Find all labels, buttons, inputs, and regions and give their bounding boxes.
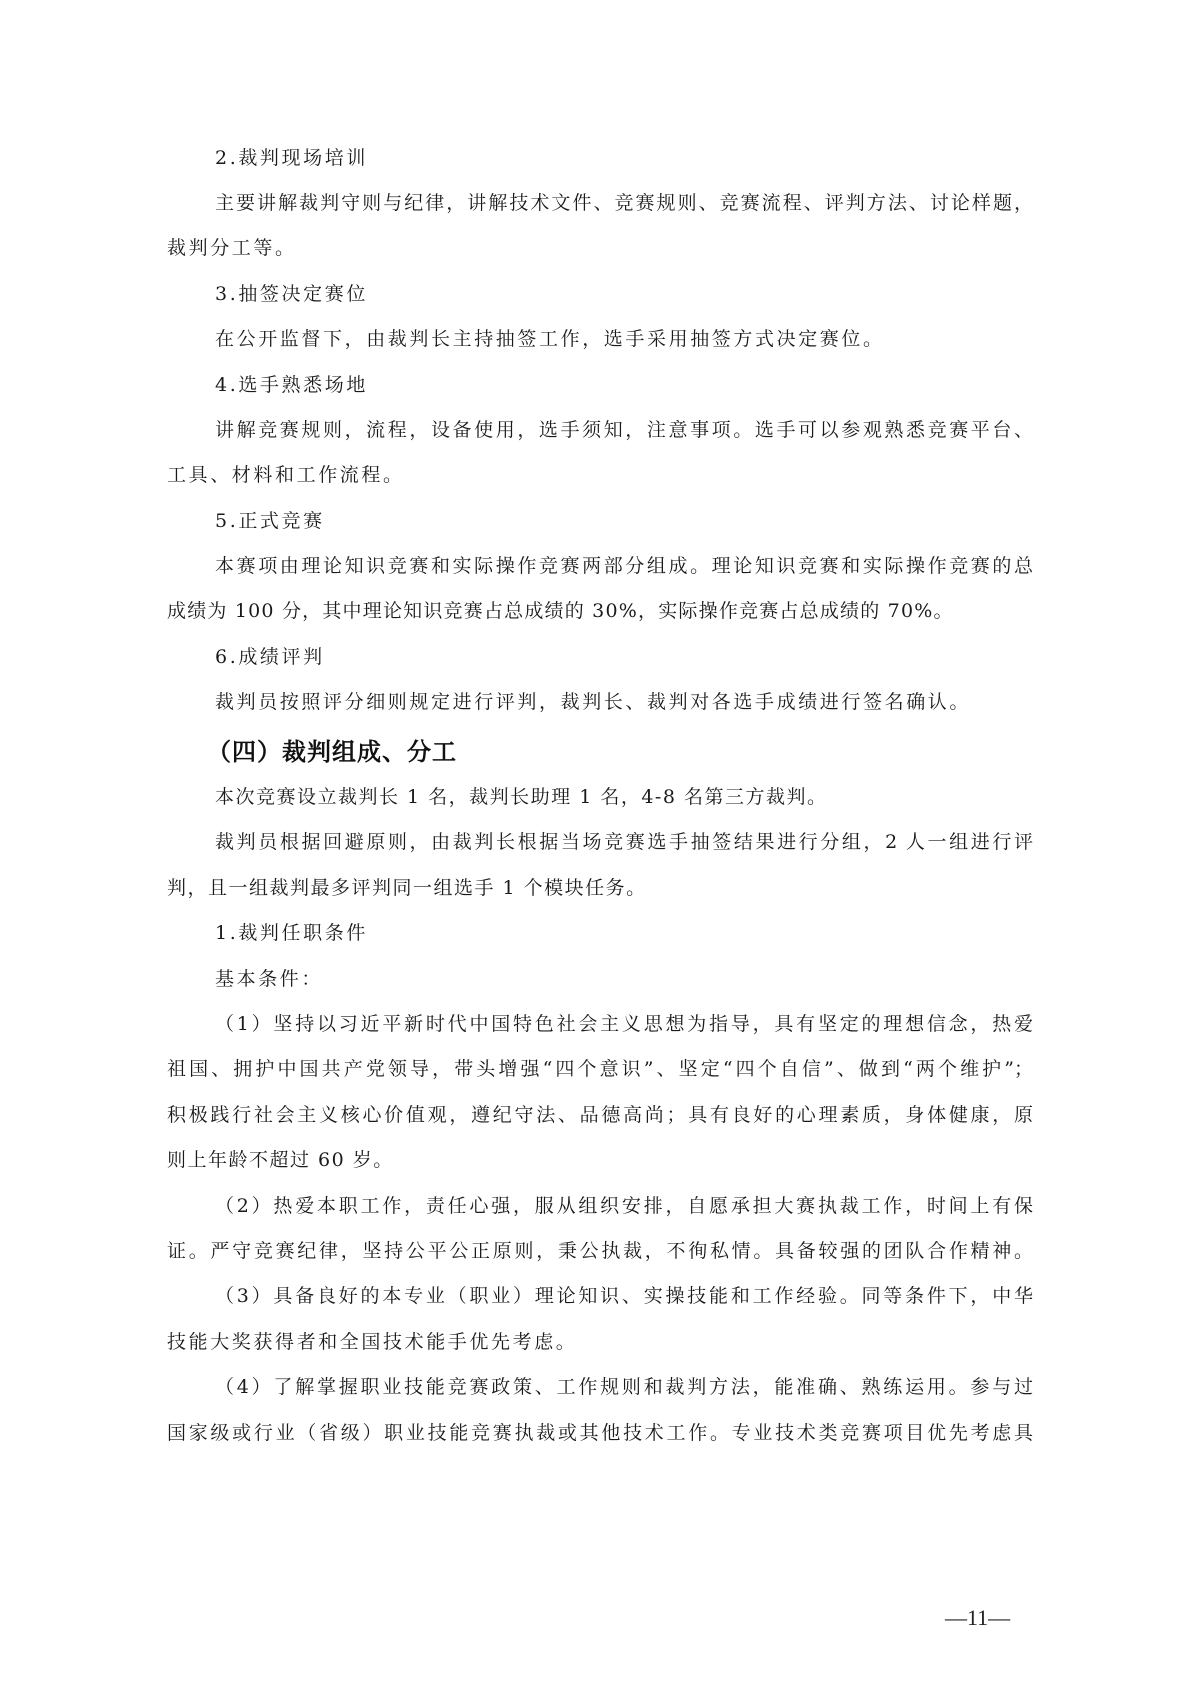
- paragraph-line: 基本条件：: [215, 966, 323, 992]
- subsection-title-onsite-training: 2.裁判现场培训: [215, 145, 368, 171]
- paragraph-line: 主要讲解裁判守则与纪律，讲解技术文件、竞赛规则、竞赛流程、评判方法、讨论样题，: [215, 190, 1033, 216]
- paragraph-line: （1）坚持以习近平新时代中国特色社会主义思想为指导，具有坚定的理想信念，热爱: [215, 1011, 1033, 1037]
- paragraph-line: 祖国、拥护中国共产党领导，带头增强“四个意识”、坚定“四个自信”、做到“两个维护…: [167, 1056, 1033, 1082]
- paragraph-line: 积极践行社会主义核心价值观，遵纪守法、品德高尚；具有良好的心理素质，身体健康，原: [167, 1102, 1033, 1128]
- paragraph-line: 技能大奖获得者和全国技术能手优先考虑。: [167, 1329, 577, 1355]
- paragraph-line: 则上年龄不超过 60 岁。: [167, 1147, 394, 1173]
- subsection-title-score-evaluation: 6.成绩评判: [215, 644, 325, 670]
- paragraph-line: 证。严守竞赛纪律，坚持公平公正原则，秉公执裁，不徇私情。具备较强的团队合作精神。: [167, 1238, 1033, 1264]
- paragraph-line: （2）热爱本职工作，责任心强，服从组织安排，自愿承担大赛执裁工作，时间上有保: [215, 1193, 1033, 1219]
- paragraph-line: （3）具备良好的本专业（职业）理论知识、实操技能和工作经验。同等条件下，中华: [215, 1283, 1033, 1309]
- subsection-title-venue-familiarization: 4.选手熟悉场地: [215, 372, 368, 398]
- section-heading-referee-composition: （四）裁判组成、分工: [207, 737, 457, 767]
- subsection-title-draw-lots: 3.抽签决定赛位: [215, 281, 368, 307]
- paragraph-line: 国家级或行业（省级）职业技能竞赛执裁或其他技术工作。专业技术类竞赛项目优先考虑具: [167, 1420, 1033, 1446]
- paragraph-line: 裁判员按照评分细则规定进行评判，裁判长、裁判对各选手成绩进行签名确认。: [215, 689, 971, 715]
- paragraph-line: 裁判员根据回避原则，由裁判长根据当场竞赛选手抽签结果进行分组，2 人一组进行评: [215, 829, 1033, 855]
- paragraph-line: 工具、材料和工作流程。: [167, 462, 405, 488]
- page-number: —11—: [945, 1604, 1010, 1632]
- paragraph-line: （4）了解掌握职业技能竞赛政策、工作规则和裁判方法，能准确、熟练运用。参与过: [215, 1374, 1033, 1400]
- paragraph-line: 裁判分工等。: [167, 235, 297, 261]
- paragraph-line: 本次竞赛设立裁判长 1 名，裁判长助理 1 名，4-8 名第三方裁判。: [215, 784, 827, 810]
- paragraph-line: 成绩为 100 分，其中理论知识竞赛占总成绩的 30%，实际操作竞赛占总成绩的 …: [167, 598, 954, 624]
- subsection-title-formal-competition: 5.正式竞赛: [215, 508, 325, 534]
- paragraph-line: 本赛项由理论知识竞赛和实际操作竞赛两部分组成。理论知识竞赛和实际操作竞赛的总: [215, 553, 1033, 579]
- subsection-title-referee-qualifications: 1.裁判任职条件: [215, 920, 368, 946]
- paragraph-line: 判，且一组裁判最多评判同一组选手 1 个模块任务。: [167, 875, 647, 901]
- paragraph-line: 讲解竞赛规则，流程，设备使用，选手须知，注意事项。选手可以参观熟悉竞赛平台、: [215, 417, 1033, 443]
- paragraph-line: 在公开监督下，由裁判长主持抽签工作，选手采用抽签方式决定赛位。: [215, 326, 885, 352]
